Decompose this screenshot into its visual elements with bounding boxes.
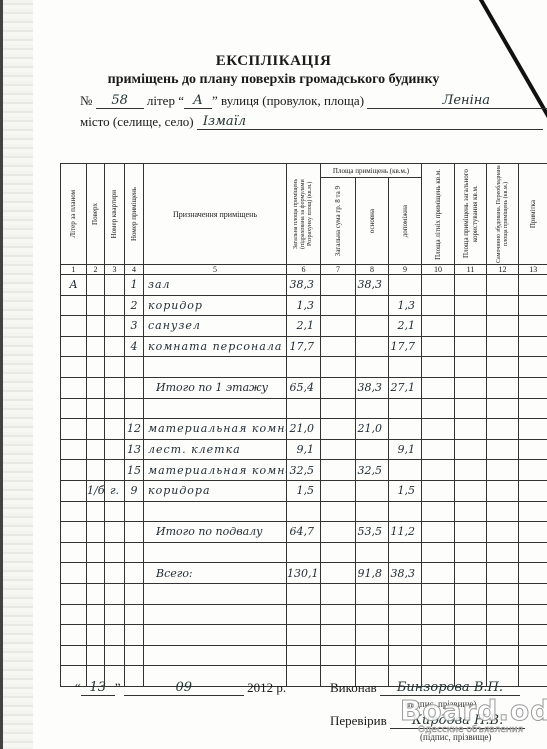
cell-empty — [422, 625, 455, 646]
cell-total — [287, 357, 321, 378]
cell-room: 13 — [125, 439, 144, 460]
cell-total — [287, 583, 321, 604]
cell-empty — [422, 398, 455, 419]
cell-purpose — [144, 542, 287, 563]
cell-total: 65,4 — [287, 377, 321, 398]
cell-room: 4 — [125, 336, 144, 357]
cell-apt — [105, 460, 125, 481]
table-row: 1/бг.9коридора1,51,5 — [61, 480, 547, 501]
cell-apt — [105, 542, 125, 563]
cell-empty — [455, 522, 487, 543]
cell-floor — [87, 419, 105, 440]
cell-aux: 9,1 — [389, 439, 422, 460]
cell-apt — [105, 625, 125, 646]
cell-room — [125, 542, 144, 563]
cell-main: 38,3 — [356, 377, 389, 398]
cell-litera — [61, 542, 87, 563]
cell-main: 32,5 — [356, 460, 389, 481]
scan-edge — [0, 0, 33, 749]
cell-empty — [487, 625, 519, 646]
cell-total: 2,1 — [287, 316, 321, 337]
cell-purpose: лест. клетка — [144, 439, 287, 460]
header-litera: Літер за планом — [69, 190, 78, 238]
cell-aux: 27,1 — [389, 377, 422, 398]
column-number: 10 — [422, 265, 455, 275]
column-number-row: 12345678910111213 — [61, 265, 547, 275]
cell-empty — [422, 480, 455, 501]
cell-litera — [61, 398, 87, 419]
cell-sum — [321, 583, 356, 604]
cell-empty — [455, 419, 487, 440]
cell-empty — [519, 460, 547, 481]
cell-empty — [422, 460, 455, 481]
cell-purpose: зал — [144, 275, 287, 296]
cell-empty — [422, 357, 455, 378]
cell-floor — [87, 563, 105, 584]
cell-sum — [321, 604, 356, 625]
cell-litera — [61, 563, 87, 584]
cell-empty — [422, 501, 455, 522]
date-year: 2012 р. — [247, 680, 286, 695]
cell-room — [125, 398, 144, 419]
table-row — [61, 357, 547, 378]
cell-litera — [61, 336, 87, 357]
cell-aux — [389, 625, 422, 646]
cell-total — [287, 604, 321, 625]
cell-main — [356, 295, 389, 316]
date-day: 13 — [81, 680, 115, 696]
cell-empty — [519, 336, 547, 357]
cell-main — [356, 604, 389, 625]
cell-aux: 1,3 — [389, 295, 422, 316]
cell-litera — [61, 501, 87, 522]
letter-label-pre: літер “ — [147, 93, 184, 108]
column-number: 7 — [321, 265, 356, 275]
cell-aux: 38,3 — [389, 563, 422, 584]
cell-room — [125, 357, 144, 378]
table-row: 15материальная комната32,532,5 — [61, 460, 547, 481]
table-row: Всего:130,191,838,3 — [61, 563, 547, 584]
cell-empty — [487, 604, 519, 625]
cell-sum — [321, 542, 356, 563]
cell-sum — [321, 522, 356, 543]
cell-total: 1,3 — [287, 295, 321, 316]
cell-purpose: Итого по подвалу — [144, 522, 287, 543]
cell-litera — [61, 295, 87, 316]
cell-main — [356, 480, 389, 501]
column-number: 13 — [519, 265, 547, 275]
cell-empty — [519, 625, 547, 646]
cell-aux: 17,7 — [389, 336, 422, 357]
cell-empty — [519, 295, 547, 316]
cell-total: 32,5 — [287, 460, 321, 481]
cell-empty — [519, 645, 547, 666]
cell-purpose: коридора — [144, 480, 287, 501]
header-floor: Поверх — [91, 203, 100, 225]
cell-apt — [105, 316, 125, 337]
header-purpose: Призначення приміщень — [173, 210, 257, 219]
column-number: 8 — [356, 265, 389, 275]
cell-empty — [519, 501, 547, 522]
cell-total — [287, 625, 321, 646]
cell-main: 53,5 — [356, 522, 389, 543]
cell-purpose — [144, 583, 287, 604]
cell-total — [287, 666, 321, 687]
cell-purpose: Итого по 1 этажу — [144, 377, 287, 398]
cell-total — [287, 501, 321, 522]
letter-label-post: ” вулиця (провулок, площа) — [212, 93, 364, 108]
checked-label: Перевірив — [330, 713, 387, 728]
cell-apt — [105, 563, 125, 584]
cell-floor — [87, 625, 105, 646]
table-row — [61, 542, 547, 563]
cell-purpose — [144, 625, 287, 646]
cell-empty — [455, 357, 487, 378]
street-value: Леніна — [367, 93, 547, 109]
cell-empty — [519, 542, 547, 563]
table-row: Итого по подвалу64,753,511,2 — [61, 522, 547, 543]
cell-sum — [321, 357, 356, 378]
cell-empty — [455, 316, 487, 337]
column-number: 1 — [61, 265, 87, 275]
cell-main — [356, 583, 389, 604]
cell-floor — [87, 398, 105, 419]
cell-litera — [61, 645, 87, 666]
cell-empty — [455, 583, 487, 604]
cell-empty — [455, 604, 487, 625]
cell-floor — [87, 501, 105, 522]
cell-empty — [487, 439, 519, 460]
cell-room — [125, 501, 144, 522]
cell-empty — [519, 666, 547, 687]
cell-aux — [389, 419, 422, 440]
cell-floor — [87, 604, 105, 625]
table-row — [61, 583, 547, 604]
cell-apt — [105, 398, 125, 419]
cell-aux — [389, 460, 422, 481]
cell-empty — [487, 336, 519, 357]
cell-empty — [487, 295, 519, 316]
table-row — [61, 645, 547, 666]
cell-aux — [389, 275, 422, 296]
cell-room: 2 — [125, 295, 144, 316]
cell-room — [125, 563, 144, 584]
cell-litera — [61, 460, 87, 481]
cell-empty — [455, 542, 487, 563]
document-title: ЕКСПЛІКАЦІЯ — [0, 53, 547, 70]
cell-empty — [519, 604, 547, 625]
cell-aux — [389, 604, 422, 625]
cell-floor — [87, 522, 105, 543]
column-number: 2 — [87, 265, 105, 275]
cell-purpose: коридор — [144, 295, 287, 316]
cell-apt — [105, 357, 125, 378]
cell-empty — [455, 336, 487, 357]
cell-empty — [422, 275, 455, 296]
cell-aux — [389, 542, 422, 563]
cell-empty — [422, 336, 455, 357]
cell-floor — [87, 357, 105, 378]
cell-apt — [105, 419, 125, 440]
column-number: 6 — [287, 265, 321, 275]
header-unauthorized-area: Самочинно збудована. Переобладнана площа… — [496, 164, 510, 264]
cell-purpose — [144, 398, 287, 419]
cell-empty — [422, 583, 455, 604]
cell-empty — [422, 645, 455, 666]
cell-sum — [321, 439, 356, 460]
cell-empty — [487, 398, 519, 419]
city-label: місто (селище, село) — [80, 114, 194, 129]
cell-room — [125, 522, 144, 543]
cell-empty — [519, 377, 547, 398]
cell-empty — [455, 439, 487, 460]
cell-empty — [487, 275, 519, 296]
table-row: А1зал38,338,3 — [61, 275, 547, 296]
cell-room: 3 — [125, 316, 144, 337]
cell-purpose — [144, 645, 287, 666]
cell-empty — [487, 377, 519, 398]
cell-sum — [321, 295, 356, 316]
cell-litera — [61, 419, 87, 440]
table-row: Итого по 1 этажу65,438,327,1 — [61, 377, 547, 398]
header-group-area: Площа приміщень (кв.м.) — [321, 164, 422, 178]
letter-value: А — [184, 93, 212, 109]
cell-aux — [389, 357, 422, 378]
header-summer-area: Площа літніх приміщень кв.м. — [434, 169, 443, 260]
cell-room — [125, 625, 144, 646]
cell-main: 38,3 — [356, 275, 389, 296]
cell-purpose: санузел — [144, 316, 287, 337]
cell-aux: 11,2 — [389, 522, 422, 543]
watermark-subtext: Одесские объявления — [418, 725, 523, 735]
cell-main — [356, 645, 389, 666]
cell-main — [356, 625, 389, 646]
cell-empty — [422, 604, 455, 625]
column-number: 11 — [455, 265, 487, 275]
cell-aux — [389, 583, 422, 604]
cell-litera — [61, 357, 87, 378]
cell-purpose: материальная комната — [144, 460, 287, 481]
number-label: № — [80, 93, 92, 108]
cell-empty — [487, 563, 519, 584]
cell-room — [125, 645, 144, 666]
cell-main — [356, 357, 389, 378]
cell-litera — [61, 522, 87, 543]
cell-purpose: Всего: — [144, 563, 287, 584]
cell-room: 1 — [125, 275, 144, 296]
cell-floor: 1/б — [87, 480, 105, 501]
cell-empty — [422, 377, 455, 398]
cell-sum — [321, 501, 356, 522]
cell-empty — [487, 357, 519, 378]
cell-total — [287, 645, 321, 666]
column-number: 12 — [487, 265, 519, 275]
cell-floor — [87, 377, 105, 398]
cell-empty — [422, 295, 455, 316]
cell-apt — [105, 275, 125, 296]
cell-sum — [321, 275, 356, 296]
column-number: 9 — [389, 265, 422, 275]
cell-room — [125, 583, 144, 604]
cell-empty — [422, 522, 455, 543]
cell-room — [125, 377, 144, 398]
cell-empty — [455, 625, 487, 646]
cell-total: 38,3 — [287, 275, 321, 296]
cell-floor — [87, 542, 105, 563]
cell-apt — [105, 336, 125, 357]
cell-aux: 1,5 — [389, 480, 422, 501]
table-row: 2коридор1,31,3 — [61, 295, 547, 316]
cell-sum — [321, 625, 356, 646]
cell-main — [356, 336, 389, 357]
cell-empty — [487, 419, 519, 440]
cell-total: 1,5 — [287, 480, 321, 501]
cell-empty — [519, 563, 547, 584]
cell-main — [356, 542, 389, 563]
cell-litera: А — [61, 275, 87, 296]
cell-total: 17,7 — [287, 336, 321, 357]
cell-empty — [519, 357, 547, 378]
cell-total — [287, 542, 321, 563]
cell-litera — [61, 604, 87, 625]
cell-empty — [519, 480, 547, 501]
cell-empty — [519, 419, 547, 440]
cell-empty — [422, 419, 455, 440]
cell-empty — [519, 439, 547, 460]
cell-apt — [105, 604, 125, 625]
cell-floor — [87, 316, 105, 337]
cell-purpose: материальная комната — [144, 419, 287, 440]
cell-floor — [87, 583, 105, 604]
cell-empty — [422, 542, 455, 563]
cell-empty — [519, 398, 547, 419]
date-line: “13” 09 2012 р. — [75, 680, 286, 696]
cell-purpose — [144, 357, 287, 378]
cell-litera — [61, 583, 87, 604]
cell-main: 91,8 — [356, 563, 389, 584]
column-number: 4 — [125, 265, 144, 275]
cell-empty — [455, 480, 487, 501]
cell-sum — [321, 419, 356, 440]
cell-empty — [487, 542, 519, 563]
cell-main — [356, 439, 389, 460]
cell-main — [356, 398, 389, 419]
cell-main: 21,0 — [356, 419, 389, 440]
cell-empty — [487, 583, 519, 604]
table-row: 12материальная комната21,021,0 — [61, 419, 547, 440]
cell-aux — [389, 645, 422, 666]
cell-aux — [389, 398, 422, 419]
cell-empty — [487, 480, 519, 501]
cell-aux — [389, 501, 422, 522]
cell-empty — [455, 460, 487, 481]
cell-empty — [455, 295, 487, 316]
cell-room: 12 — [125, 419, 144, 440]
header-common-area: Площа приміщень загального користування … — [462, 164, 480, 264]
cell-empty — [519, 522, 547, 543]
document-subtitle: приміщень до плану поверхів громадського… — [0, 72, 547, 88]
cell-purpose — [144, 501, 287, 522]
cell-purpose: комната персонала — [144, 336, 287, 357]
cell-floor — [87, 336, 105, 357]
cell-empty — [455, 563, 487, 584]
city-line: місто (селище, село) Ізмаїл — [80, 114, 543, 130]
cell-floor — [87, 295, 105, 316]
cell-sum — [321, 480, 356, 501]
cell-sum — [321, 398, 356, 419]
cell-empty — [519, 583, 547, 604]
cell-empty — [455, 501, 487, 522]
table-row: 13лест. клетка9,19,1 — [61, 439, 547, 460]
cell-empty — [487, 501, 519, 522]
cell-apt — [105, 522, 125, 543]
table-row: 3санузел2,12,1 — [61, 316, 547, 337]
cell-purpose — [144, 604, 287, 625]
cell-floor — [87, 439, 105, 460]
cell-floor — [87, 645, 105, 666]
cell-empty — [519, 275, 547, 296]
date-month: 09 — [124, 680, 244, 696]
table-row — [61, 604, 547, 625]
cell-empty — [455, 377, 487, 398]
cell-total: 130,1 — [287, 563, 321, 584]
header-apartment: Номер квартири — [110, 190, 119, 238]
cell-empty — [487, 522, 519, 543]
building-number: 58 — [96, 93, 144, 109]
cell-litera — [61, 316, 87, 337]
cell-room — [125, 604, 144, 625]
cell-litera — [61, 625, 87, 646]
cell-empty — [422, 316, 455, 337]
cell-sum — [321, 460, 356, 481]
cell-empty — [455, 645, 487, 666]
cell-apt — [105, 583, 125, 604]
cell-room: 15 — [125, 460, 144, 481]
cell-main — [356, 501, 389, 522]
cell-empty — [455, 275, 487, 296]
cell-room: 9 — [125, 480, 144, 501]
cell-apt — [105, 295, 125, 316]
cell-aux: 2,1 — [389, 316, 422, 337]
cell-litera — [61, 377, 87, 398]
cell-apt: г. — [105, 480, 125, 501]
table-row — [61, 501, 547, 522]
cell-total: 64,7 — [287, 522, 321, 543]
cell-apt — [105, 377, 125, 398]
cell-total — [287, 398, 321, 419]
cell-sum — [321, 563, 356, 584]
cell-empty — [422, 439, 455, 460]
cell-empty — [422, 563, 455, 584]
cell-empty — [487, 316, 519, 337]
column-number: 3 — [105, 265, 125, 275]
cell-sum — [321, 377, 356, 398]
performed-label: Виконав — [330, 680, 377, 695]
table-row: 4комната персонала17,717,7 — [61, 336, 547, 357]
cell-floor — [87, 275, 105, 296]
table-row — [61, 398, 547, 419]
cell-sum — [321, 336, 356, 357]
cell-apt — [105, 501, 125, 522]
watermark-logo: Board.od.ua — [400, 694, 547, 727]
header-auxiliary: допоміжна — [401, 205, 410, 237]
explication-table: Літер за планом Поверх Номер квартири Но… — [60, 163, 547, 687]
table-row — [61, 625, 547, 646]
header-sum-8-9: Загальна сума гр. 8 та 9 — [334, 186, 343, 256]
header-main: основна — [368, 209, 377, 233]
cell-empty — [519, 316, 547, 337]
cell-floor — [87, 460, 105, 481]
